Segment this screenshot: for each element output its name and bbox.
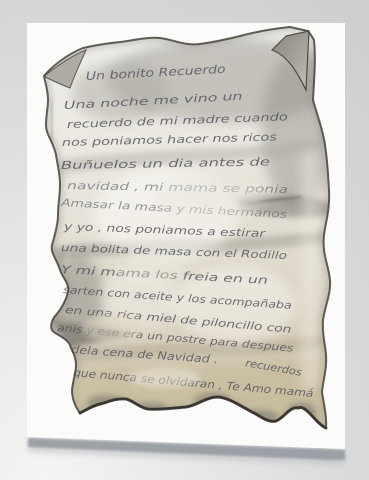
gallery-photo: Un bonito Recuerdo Una noche me vino un … <box>0 0 369 480</box>
painted-paper: Un bonito Recuerdo Una noche me vino un … <box>44 27 343 432</box>
artwork-photo-canvas: Un bonito Recuerdo Una noche me vino un … <box>0 0 369 480</box>
